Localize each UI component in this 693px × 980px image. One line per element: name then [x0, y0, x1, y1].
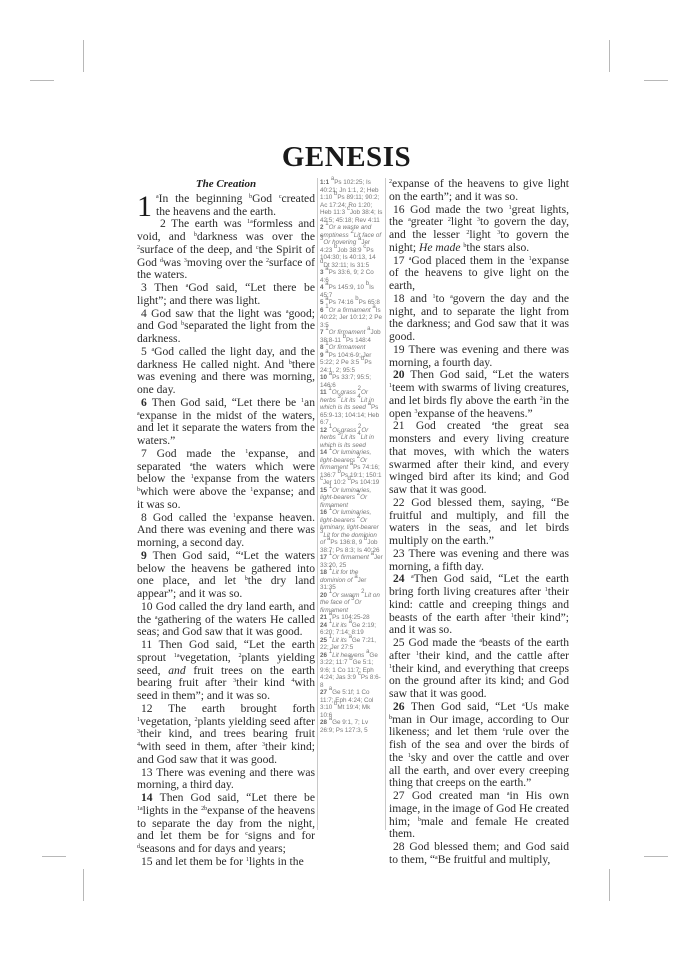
- verse-number: 28: [393, 840, 409, 853]
- verse-list-right: 2expanse of the heavens to give light on…: [389, 178, 569, 867]
- section-heading: The Creation: [137, 178, 315, 191]
- verse: 3 Then aGod said, “Let there be light”; …: [137, 282, 315, 308]
- book-title: GENESIS: [0, 141, 693, 174]
- verse-number: 5: [141, 345, 151, 358]
- chapter-number: 1: [137, 195, 152, 219]
- verse-text: aIn the beginning bGod ccreated the heav…: [156, 192, 315, 218]
- verse-text: Then God said, “Let the earth sprout 1av…: [137, 638, 315, 702]
- verse: 10 God called the dry land earth, and th…: [137, 601, 315, 639]
- verse: 15 and let them be for 1lights in the: [137, 856, 315, 869]
- verse: 7 God made the 1expanse, and separated a…: [137, 448, 315, 512]
- verse-number: 20: [393, 368, 410, 381]
- verse: 13 There was evening and there was morni…: [137, 767, 315, 793]
- verse-text: aThen God said, “Let the earth bring for…: [389, 572, 569, 636]
- crop-mark-bottom-left-vertical: [83, 869, 84, 901]
- verse: 23 There was evening and there was morni…: [389, 548, 569, 574]
- cross-reference-entry: 1:1 aPs 102:25; Is 40:21; Jn 1:1, 2; Heb…: [320, 179, 383, 224]
- cross-reference-entry: 26 1Lit heavens aGe 3:22; 11:7 bGe 5:1; …: [320, 652, 383, 690]
- verse-number: 6: [141, 396, 152, 409]
- verse-number: 19: [393, 343, 409, 356]
- verse: 6 Then God said, “Let there be 1an aexpa…: [137, 397, 315, 448]
- verse-text: Then God said, “Let there be 1alights in…: [137, 791, 315, 855]
- verse: 4 God saw that the light was agood; and …: [137, 308, 315, 346]
- crop-mark-top-left-horizontal: [30, 80, 54, 81]
- crop-mark-bottom-right-vertical: [609, 869, 610, 901]
- verse-text: Then God said, “Let the waters 1teem wit…: [389, 368, 569, 419]
- verse: 2expanse of the heavens to give light on…: [389, 178, 569, 204]
- verse: 11 Then God said, “Let the earth sprout …: [137, 639, 315, 703]
- scripture-column-left: The Creation 1aIn the beginning bGod ccr…: [137, 178, 315, 869]
- verse: 12 The earth brought forth 1vegetation, …: [137, 703, 315, 767]
- verse-number: 4: [141, 307, 151, 320]
- verse-number: 15: [141, 855, 156, 868]
- verse-text: God created man ain His own image, in th…: [389, 789, 569, 840]
- crop-mark-top-left-vertical: [83, 40, 84, 72]
- verse-number: 8: [141, 511, 153, 524]
- verse-number: 26: [393, 700, 411, 713]
- verse-number: 11: [141, 638, 159, 651]
- crop-mark-bottom-left-horizontal: [42, 856, 66, 857]
- verse-text: God called the 1expanse heaven. And ther…: [137, 511, 315, 550]
- verse: 24 aThen God said, “Let the earth bring …: [389, 573, 569, 637]
- verse-number: 27: [393, 789, 412, 802]
- verse-text: and let them be for 1lights in the: [156, 855, 304, 868]
- cross-reference-entry: 16 1Or luminaries, light-bearers 2Or lum…: [320, 509, 383, 554]
- verse-text: 2expanse of the heavens to give light on…: [389, 177, 569, 203]
- verse: 17 aGod placed them in the 1expanse of t…: [389, 255, 569, 293]
- verse: 9 Then God said, “aLet the waters below …: [137, 550, 315, 601]
- verse: 26 Then God said, “Let aUs make bman in …: [389, 701, 569, 790]
- verse-text: God made the 1expanse, and separated ath…: [137, 447, 315, 511]
- verse-number: 2: [160, 217, 171, 230]
- verse: 16 God made the two 1great lights, the a…: [389, 204, 569, 255]
- verse-text: Then aGod said, “Let there be light”; an…: [137, 281, 315, 307]
- verse: 18 and 1to agovern the day and the night…: [389, 293, 569, 344]
- verse-number: 21: [393, 419, 416, 432]
- verse: 1aIn the beginning bGod ccreated the hea…: [137, 193, 315, 219]
- verse-text: There was evening and there was morning,…: [137, 766, 315, 792]
- verse: 27 God created man ain His own image, in…: [389, 790, 569, 841]
- verse-number: 10: [141, 600, 156, 613]
- verse-number: 12: [141, 702, 168, 715]
- verse-text: Then God said, “Let there be 1an aexpans…: [137, 396, 315, 447]
- cross-reference-entry: 27 aGe 5:1f; 1 Co 11:7; Eph 4:24; Col 3:…: [320, 689, 383, 719]
- verse-text: aGod placed them in the 1expanse of the …: [389, 254, 569, 293]
- crop-mark-top-right-horizontal: [644, 80, 668, 81]
- verse-number: 23: [393, 547, 409, 560]
- cross-reference-column: 1:1 aPs 102:25; Is 40:21; Jn 1:1, 2; Heb…: [320, 179, 383, 734]
- verse-text: God created athe great sea monsters and …: [389, 419, 569, 496]
- verse-number: 25: [393, 636, 408, 649]
- verse-number: 22: [393, 496, 411, 509]
- verse-number: 7: [141, 447, 157, 460]
- cross-reference-entry: 14 1Or luminaries, light-bearers 2Or fir…: [320, 449, 383, 487]
- cross-reference-entry: 6 1Or a firmament aIs 40:22; Jer 10:12; …: [320, 307, 383, 330]
- verse-number: 13: [141, 766, 156, 779]
- verse-text: There was evening and there was morning,…: [389, 343, 569, 369]
- verse-text: There was evening and there was morning,…: [389, 547, 569, 573]
- verse-text: God made the two 1great lights, the agre…: [389, 203, 569, 254]
- cross-reference-entry: 11 1Or grass 2Or herbs 3Lit its 4Lit in …: [320, 389, 383, 427]
- verse-text: God saw that the light was agood; and Go…: [137, 307, 315, 346]
- cross-reference-entry: 7 1Or firmament aJob 38:8-11 bPs 148:4: [320, 329, 383, 344]
- verse-list-left: 1aIn the beginning bGod ccreated the hea…: [137, 193, 315, 869]
- cross-reference-entry: 28 aGe 9:1, 7; Lv 26:9; Ps 127:3, 5: [320, 719, 383, 734]
- verse-text: and 1to agovern the day and the night, a…: [389, 292, 569, 343]
- verse-text: God made the abeasts of the earth after …: [389, 636, 569, 700]
- verse-number: 14: [141, 791, 160, 804]
- verse-text: God blessed them, saying, “Be fruitful a…: [389, 496, 569, 547]
- verse-number: 9: [141, 549, 153, 562]
- verse: 28 God blessed them; and God said to the…: [389, 841, 569, 867]
- cross-reference-entry: 2 1Or a waste and emptiness 2Lit face of…: [320, 224, 383, 269]
- verse-text: Then God said, “aLet the waters below th…: [137, 549, 315, 600]
- verse: 25 God made the abeasts of the earth aft…: [389, 637, 569, 701]
- cross-reference-entry: 8 1Or firmament: [320, 344, 383, 352]
- verse-number: 16: [393, 203, 410, 216]
- column-divider-left: [317, 178, 318, 830]
- verse-number: 24: [393, 572, 411, 585]
- column-divider-right: [385, 178, 386, 830]
- verse: 19 There was evening and there was morni…: [389, 344, 569, 370]
- crop-mark-bottom-right-horizontal: [644, 856, 668, 857]
- verse-text: God blessed them; and God said to them, …: [389, 840, 569, 866]
- verse-text: Then God said, “Let aUs make bman in Our…: [389, 700, 569, 790]
- verse: 5 aGod called the light day, and the dar…: [137, 346, 315, 397]
- verse: 14 Then God said, “Let there be 1alights…: [137, 792, 315, 856]
- verse: 22 God blessed them, saying, “Be fruitfu…: [389, 497, 569, 548]
- verse: 21 God created athe great sea monsters a…: [389, 420, 569, 497]
- crop-mark-top-right-vertical: [609, 40, 610, 72]
- verse: 20 Then God said, “Let the waters 1teem …: [389, 369, 569, 420]
- verse-number: 17: [393, 254, 409, 267]
- cross-reference-entry: 3 aPs 33:6, 9; 2 Co 4:6: [320, 269, 383, 284]
- verse-number: 18: [393, 292, 410, 305]
- verse-text: God called the dry land earth, and the a…: [137, 600, 315, 639]
- verse: 2 The earth was 1aformless and void, and…: [137, 218, 315, 282]
- verse-number: 3: [141, 281, 154, 294]
- verse: 8 God called the 1expanse heaven. And th…: [137, 512, 315, 550]
- verse-text: aGod called the light day, and the darkn…: [137, 345, 315, 396]
- cross-reference-entry: 4 aPs 145:9, 10 bIs 45:7: [320, 284, 383, 299]
- scripture-column-right: 2expanse of the heavens to give light on…: [389, 178, 569, 867]
